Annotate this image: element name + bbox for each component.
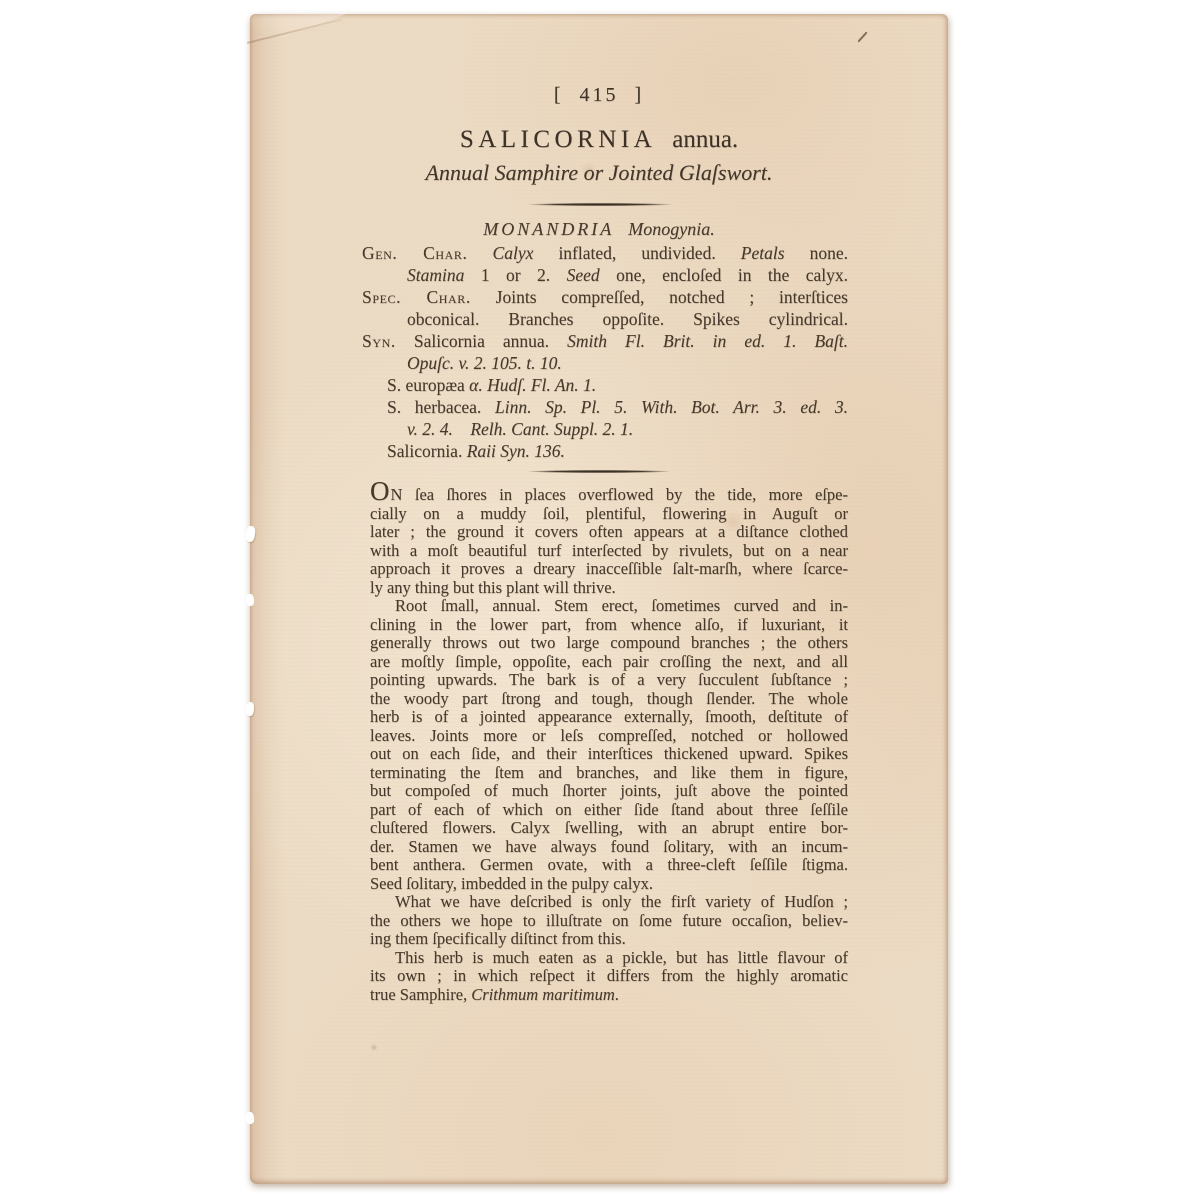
body-line: ON ſea ſhores in places overflowed by th…: [370, 486, 848, 505]
body-line: clining in the lower part, from whence a…: [370, 616, 848, 635]
body-line: This herb is much eaten as a pickle, but…: [370, 949, 848, 968]
species-epithet: annua.: [672, 126, 738, 153]
spec-char-line: Spec. Char. Joints compreſſed, notched ;…: [362, 286, 848, 308]
body-paragraph: This herb is much eaten as a pickle, but…: [370, 949, 848, 1005]
classification-line: MONANDRIAMonogynia.: [250, 219, 948, 240]
page-number: [ 415 ]: [250, 84, 948, 107]
body-line: der. Stamen we have always found ſolitar…: [370, 838, 848, 857]
body-line: are moſtly ſimple, oppoſite, each pair c…: [370, 653, 848, 672]
body-paragraph: Root ſmall, annual. Stem erect, ſometime…: [370, 597, 848, 893]
linnaean-class: MONANDRIA: [483, 219, 614, 239]
paper-edge-nick: [245, 594, 254, 607]
linnaean-order: Monogynia.: [628, 219, 714, 239]
corner-fold: [250, 14, 346, 50]
body-line: part of each of which on either ſide ſta…: [370, 801, 848, 820]
body-line: its own ; in which reſpect it differs fr…: [370, 967, 848, 986]
body-line: ly any thing but this plant will thrive.: [370, 579, 848, 598]
synonym-line: S. herbacea. Linn. Sp. Pl. 5. With. Bot.…: [362, 396, 848, 418]
body-line: true Samphire, Crithmum maritimum.: [370, 986, 848, 1005]
stray-ink-mark: [857, 32, 867, 43]
synonym-line: Salicornia. Raii Syn. 136.: [362, 440, 848, 462]
synonym-line: Syn. Salicornia annua. Smith Fl. Brit. i…: [362, 330, 848, 352]
body-line: Root ſmall, annual. Stem erect, ſometime…: [370, 597, 848, 616]
body-line: pointing upwards. The bark is of a very …: [370, 671, 848, 690]
genus-name: SALICORNIA: [460, 126, 656, 153]
body-line: generally throws out two large compound …: [370, 634, 848, 653]
spec-char-line: obconical. Branches oppoſite. Spikes cyl…: [362, 308, 848, 330]
paper-edge-nick: [245, 702, 254, 717]
body-line: herb is of a jointed appearance external…: [370, 708, 848, 727]
body-line: the woody part ſtrong and tough, though …: [370, 690, 848, 709]
gen-char-line: Stamina 1 or 2. Seed one, encloſed in th…: [362, 264, 848, 286]
characters-block: Gen. Char. Calyx inflated, undivided. Pe…: [362, 242, 848, 462]
body-paragraph: ON ſea ſhores in places overflowed by th…: [370, 486, 848, 597]
paper-edge-nick: [245, 1112, 255, 1125]
body-line: What we have deſcribed is only the firſt…: [370, 893, 848, 912]
body-line: with a moſt beautiful turf interſected b…: [370, 542, 848, 561]
scan-background: { "document": { "page_number": "[ 415 ]"…: [0, 0, 1200, 1200]
paper-edge-nick: [245, 525, 256, 542]
section-divider-rule: [528, 203, 672, 206]
book-page: [ 415 ] SALICORNIAannua. Annual Samphire…: [250, 14, 948, 1184]
common-name: Annual Samphire or Jointed Glaſswort.: [250, 160, 948, 186]
synonym-line: S. europæa α. Hudſ. Fl. An. 1.: [362, 374, 848, 396]
body-line: Seed ſolitary, imbedded in the pulpy cal…: [370, 875, 848, 894]
body-paragraph: What we have deſcribed is only the firſt…: [370, 893, 848, 949]
body-text: ON ſea ſhores in places overflowed by th…: [370, 486, 848, 1004]
body-line: leaves. Joints more or leſs compreſſed, …: [370, 727, 848, 746]
body-line: out on each ſide, and their interſtices …: [370, 745, 848, 764]
body-line: cially on a muddy ſoil, plentiful, flowe…: [370, 505, 848, 524]
body-line: later ; the ground it covers often appea…: [370, 523, 848, 542]
body-line: ing them ſpecifically diſtinct from this…: [370, 930, 848, 949]
body-line: cluſtered flowers. Calyx ſwelling, with …: [370, 819, 848, 838]
body-line: the others we hope to illuſtrate on ſome…: [370, 912, 848, 931]
gen-char-line: Gen. Char. Calyx inflated, undivided. Pe…: [362, 242, 848, 264]
body-line: but compoſed of much ſhorter joints, juſ…: [370, 782, 848, 801]
body-line: terminating the ſtem and branches, and l…: [370, 764, 848, 783]
foxing-stain: [370, 1044, 378, 1051]
synonym-line: v. 2. 4. Relh. Cant. Suppl. 2. 1.: [362, 418, 848, 440]
synonym-line: Opuſc. v. 2. 105. t. 10.: [362, 352, 848, 374]
body-line: bent anthera. Germen ovate, with a three…: [370, 856, 848, 875]
species-title: SALICORNIAannua.: [250, 126, 948, 154]
section-divider-rule: [528, 470, 670, 473]
body-line: approach it proves a dreary inacceſſible…: [370, 560, 848, 579]
